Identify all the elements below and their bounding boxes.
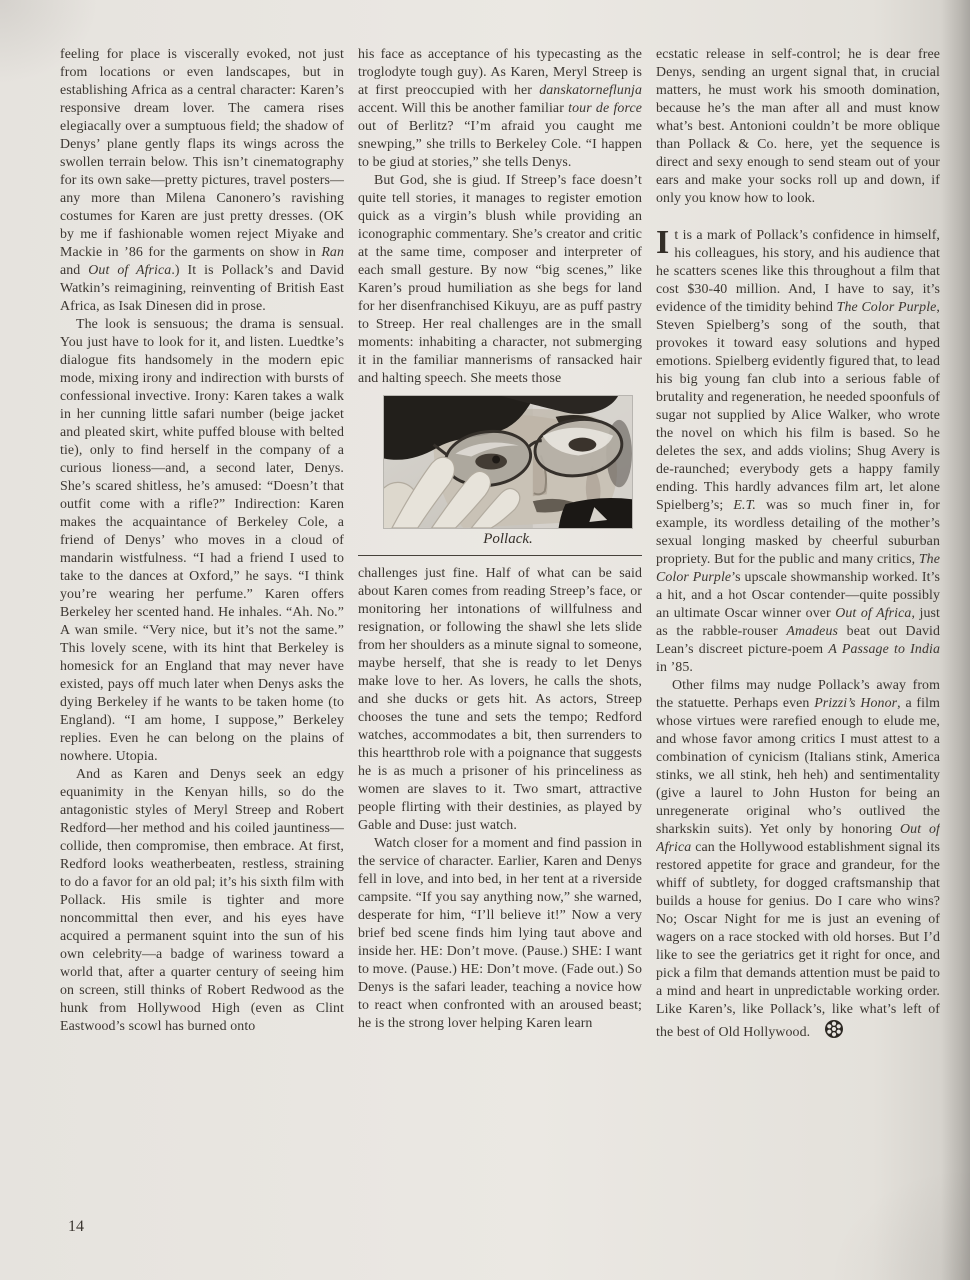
photo-caption: Pollack. <box>384 531 632 548</box>
pollack-portrait-illustration <box>384 396 632 528</box>
paragraph: Other films may nudge Pollack’s away fro… <box>656 677 940 1042</box>
column-3-bottom-text: It is a mark of Pollack’s confidence in … <box>656 227 940 1042</box>
paragraph: But God, she is giud. If Streep’s face d… <box>358 172 642 388</box>
pollack-portrait-photo <box>384 396 632 528</box>
caption-divider-rule <box>358 555 642 556</box>
column-3-top-text: ecstatic release in self-control; he is … <box>656 46 940 208</box>
column-2: his face as acceptance of his typecastin… <box>358 46 642 1231</box>
paragraph: The look is sensuous; the drama is sensu… <box>60 316 344 766</box>
paragraph: And as Karen and Denys seek an edgy equa… <box>60 766 344 1036</box>
figure-pollack: Pollack. <box>358 396 642 556</box>
column-2-bottom-text: challenges just fine. Half of what can b… <box>358 565 642 1033</box>
paragraph: his face as acceptance of his typecastin… <box>358 46 642 172</box>
film-reel-icon <box>824 1019 844 1039</box>
column-1: feeling for place is viscerally evoked, … <box>60 46 344 1231</box>
paragraph: feeling for place is viscerally evoked, … <box>60 46 344 316</box>
paragraph: ecstatic release in self-control; he is … <box>656 46 940 208</box>
paragraph: It is a mark of Pollack’s confidence in … <box>656 227 940 677</box>
drop-cap: I <box>656 227 674 257</box>
page-number: 14 <box>68 1218 84 1236</box>
article-columns: feeling for place is viscerally evoked, … <box>60 46 930 1231</box>
magazine-page: feeling for place is viscerally evoked, … <box>0 0 970 1280</box>
paragraph: challenges just fine. Half of what can b… <box>358 565 642 835</box>
column-3: ecstatic release in self-control; he is … <box>656 46 940 1231</box>
paragraph: Watch closer for a moment and find passi… <box>358 835 642 1033</box>
column-2-top-text: his face as acceptance of his typecastin… <box>358 46 642 388</box>
